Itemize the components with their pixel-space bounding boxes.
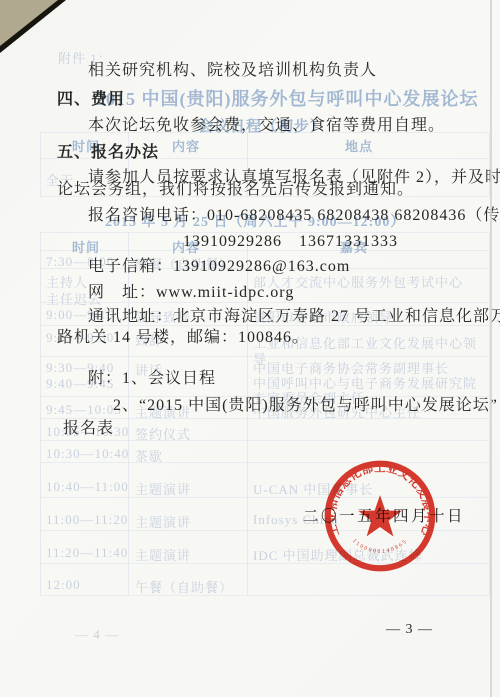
bleedthrough-text: 茶歇 [135, 446, 163, 465]
bleed-grid-vline [40, 232, 41, 595]
paper-right-edge [490, 0, 492, 697]
bleedthrough-text: 内容 [172, 136, 200, 155]
document-text-line: 网 址：www.miit-idpc.org [88, 279, 294, 302]
bleedthrough-text: 签约仪式 [135, 424, 191, 443]
bleed-grid-hline [40, 595, 489, 596]
bleedthrough-text: — 4 — [75, 627, 119, 643]
document-text-line: 通讯地址：北京市海淀区万寿路 27 号工业和信息化部万寿 [88, 303, 500, 326]
seal-star-icon [358, 495, 401, 536]
document-text-line: 附：1、会议日程 [88, 365, 216, 388]
page-number: — 3 — [386, 622, 433, 638]
bleedthrough-text: 主题演讲 [135, 512, 191, 531]
document-text-line: 本次论坛免收参会费，交通、食宿等费用自理。 [88, 112, 445, 135]
bleedthrough-text: 主题演讲 [135, 479, 191, 498]
bleedthrough-text: 主题演讲 [135, 545, 191, 564]
bleed-grid-vline [40, 132, 41, 196]
bleed-grid-hline [40, 440, 489, 441]
document-text-line: 电子信箱：13910929286@163.com [88, 253, 350, 276]
document-text-line: 路机关 14 号楼，邮编：100846。 [57, 324, 309, 347]
seal-serial-number: 1100000149865 [351, 538, 409, 555]
document-text-line: 相关研究机构、院校及培训机构负责人 [88, 57, 377, 80]
bleedthrough-text: 11:20—11:40 [46, 545, 128, 561]
bleedthrough-text: 10:40—11:00 [46, 479, 129, 495]
document-text-line: 报名咨询电话：010-68208435 68208438 68208436（传真… [88, 202, 500, 225]
bleedthrough-text: 地点 [345, 136, 373, 155]
document-text-line: 报名表 [63, 415, 114, 438]
bleedthrough-text: 12:00 [46, 577, 81, 593]
scanned-document-page: 附件 1：2015 中国(贵阳)服务外包与呼叫中心发展论坛会议日程（初步）时间内… [0, 0, 500, 697]
bleedthrough-text: 11:00—11:20 [46, 512, 128, 528]
document-text-line: 13910929286 13671331333 [183, 228, 398, 251]
document-text-line: 论坛会务组，我们将按报名先后传发报到通知。 [57, 176, 414, 199]
bleedthrough-text: 10:30—10:40 [46, 446, 129, 462]
document-text-line: 五、报名办法 [57, 139, 159, 162]
official-red-seal: 工业和信息化部工业文化发展中心 1100000149865 [323, 459, 437, 573]
document-text-line: 2、“2015 中国(贵阳)服务外包与呼叫中心发展论坛” [113, 392, 498, 415]
folded-corner [0, 0, 58, 46]
bleedthrough-text: 午餐（自助餐） [135, 577, 233, 596]
document-text-line: 四、费用 [57, 86, 125, 109]
bleedthrough-text: 2015 中国(贵阳)服务外包与呼叫中心发展论坛 [96, 85, 479, 111]
